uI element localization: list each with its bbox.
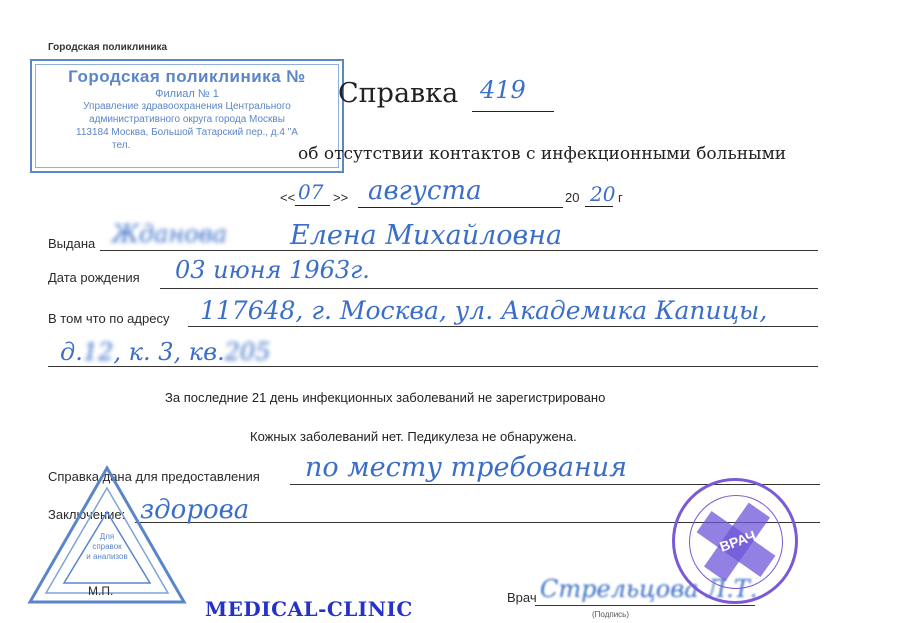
triangle-stamp-line3: и анализов [77,552,137,562]
date-day: 07 [298,180,323,204]
address-building: , к. 3, кв. [113,338,224,366]
doctor-signature-underline [535,605,755,606]
birth-date-underline [160,288,818,289]
stamp-dept-line2: административного округа города Москвы [32,113,342,126]
triangle-stamp-line2: справок [77,542,137,552]
stamp-phone: тел. [32,139,342,152]
date-year-prefix: 20 [565,190,579,205]
clinic-rect-stamp: Городская поликлиника № Филиал № 1 Управ… [30,59,344,173]
doctor-label: Врач [507,590,537,605]
date-close-quote: >> [333,190,348,205]
birth-date-value: 03 июня 1963г. [175,256,370,284]
address-line-1: 117648, г. Москва, ул. Академика Капицы, [200,296,767,325]
date-month: августа [368,176,482,206]
issued-to-surname: Жданова [112,220,227,248]
triangle-stamp-line1: Для [77,532,137,542]
address-house-prefix: д. [60,338,83,366]
date-year-unit: г [618,190,623,205]
document-number: 419 [480,76,526,104]
stamp-branch: Филиал № 1 [32,88,342,100]
signature-caption: (Подпись) [592,610,629,619]
purpose-value: по месту требования [305,452,627,483]
stamp-place-label: М.П. [88,584,113,598]
issued-to-name: Елена Михайловна [290,220,562,251]
statement-infections: За последние 21 день инфекционных заболе… [165,390,605,405]
stamp-dept-line1: Управление здравоохранения Центрального [32,100,342,113]
date-day-underline [295,205,330,206]
watermark-text: MEDICAL-CLINIC [205,597,413,621]
date-open-quote: << [280,190,295,205]
statement-skin: Кожных заболеваний нет. Педикулеза не об… [250,429,577,444]
date-month-underline [358,207,563,208]
date-year-suffix: 20 [590,182,615,206]
organization-caption: Городская поликлиника [48,42,167,53]
address-underline-1 [188,326,818,327]
address-house-number: 12 [83,338,114,366]
address-label: В том что по адресу [48,311,169,326]
triangle-stamp-text: Для справок и анализов [77,532,137,562]
address-underline-2 [48,366,818,367]
address-line-2: д.12, к. 3, кв.205 [60,338,271,366]
title-number-underline [472,111,554,112]
date-year-underline [585,206,613,207]
document-subtitle: об отсутствии контактов с инфекционными … [298,144,786,164]
address-apartment: 205 [225,338,271,366]
stamp-clinic-name: Городская поликлиника № [32,67,342,87]
issued-to-label: Выдана [48,236,95,251]
birth-date-label: Дата рождения [48,270,140,285]
document-title: Справка [338,78,458,109]
round-doctor-stamp: ВРАЧ [672,478,798,604]
stamp-address: 113184 Москва, Большой Татарский пер., д… [32,126,342,139]
